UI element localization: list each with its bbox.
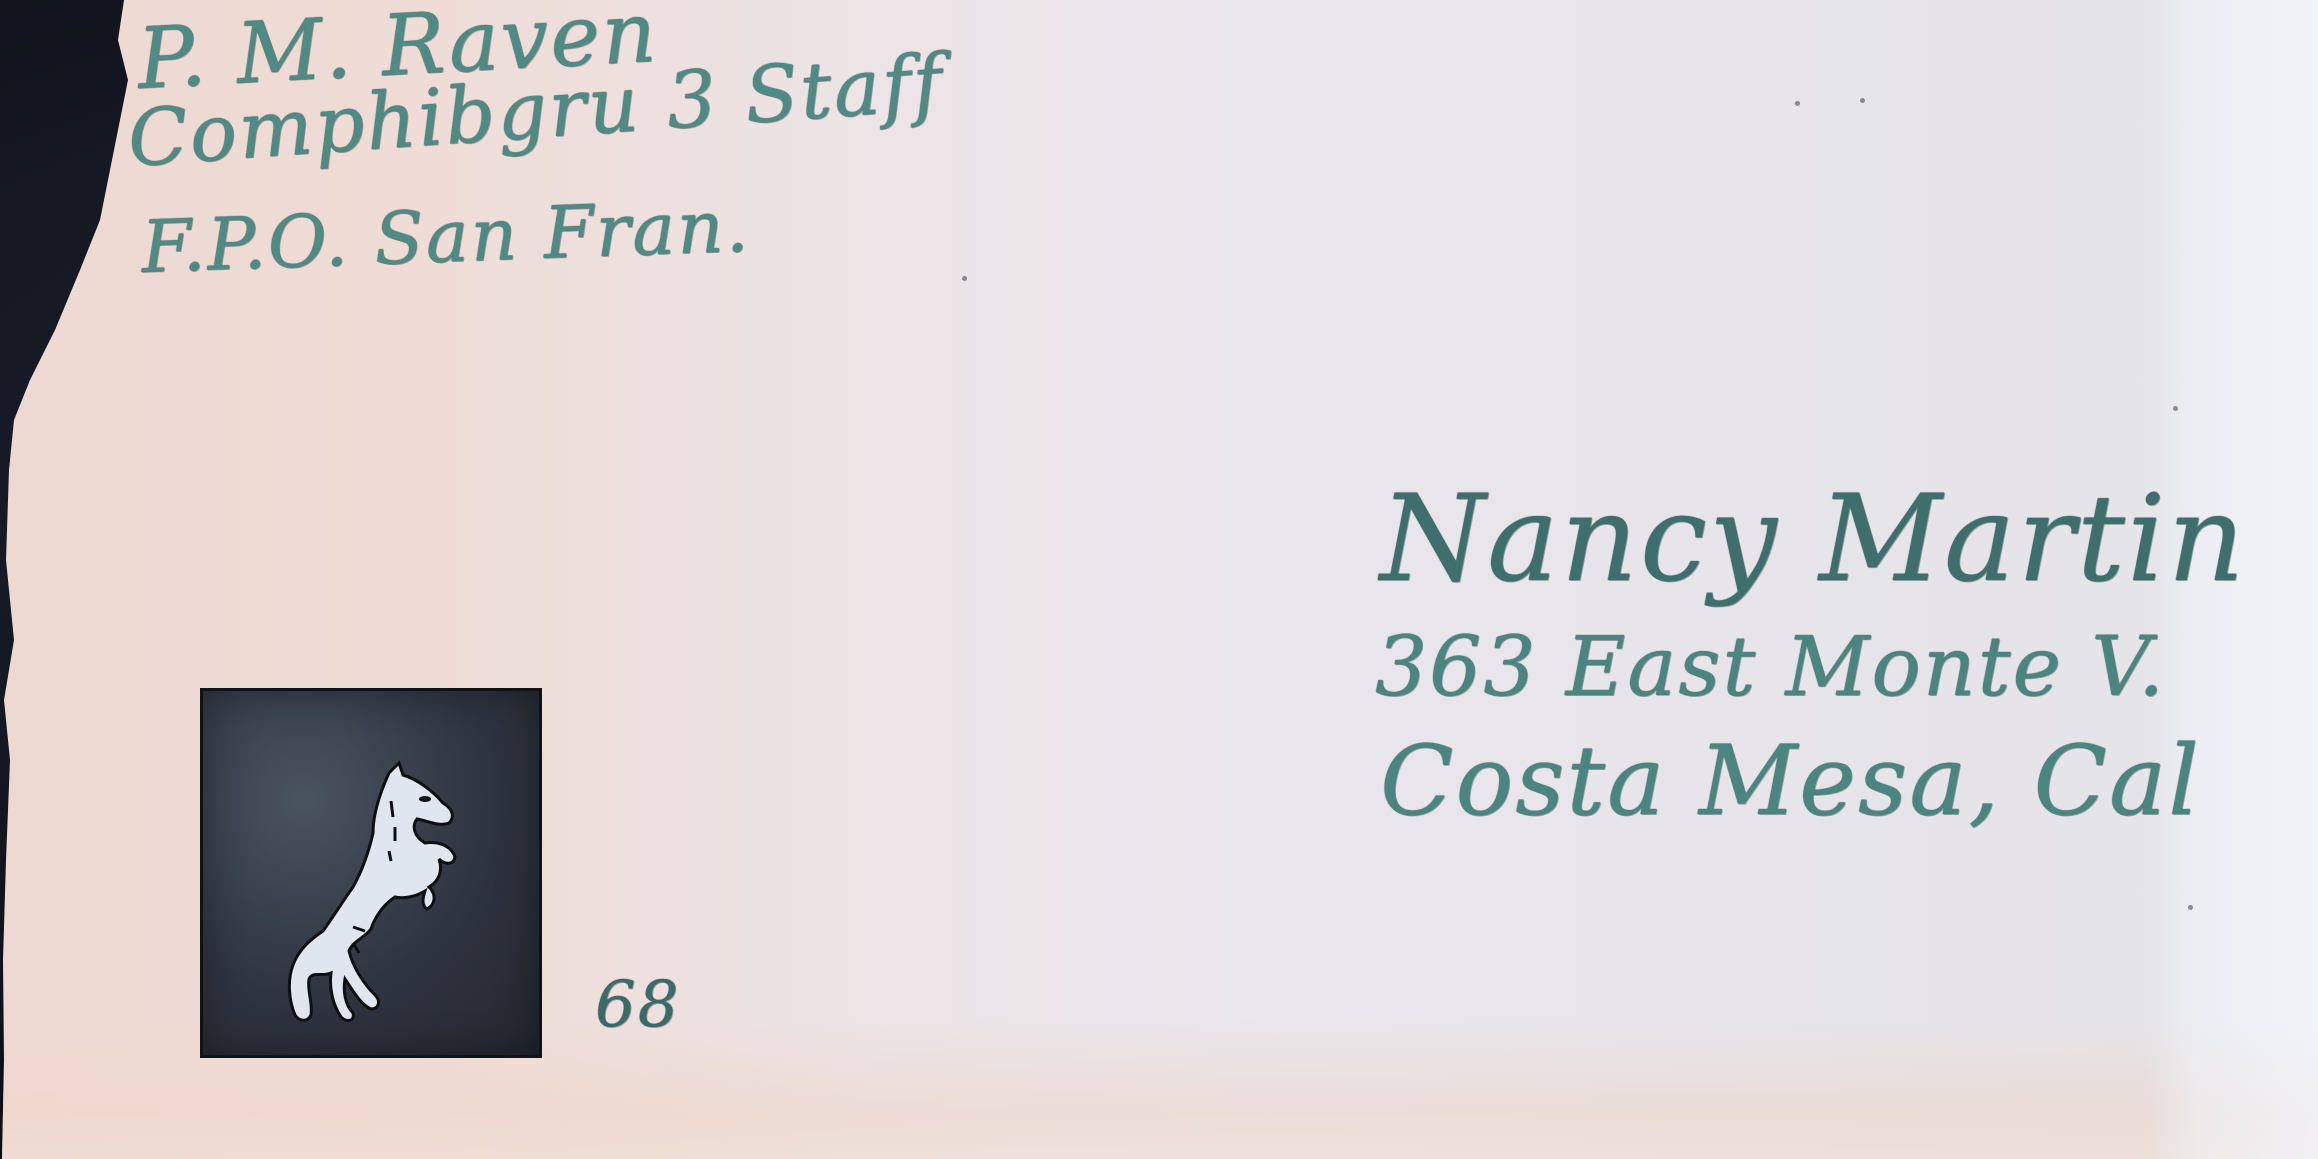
envelope-scan: P. M. Raven Comphibgru 3 Staff F.P.O. Sa… <box>0 0 2318 1159</box>
paper-speck <box>1860 98 1865 103</box>
rearing-horse-icon <box>200 688 542 1058</box>
paper-speck <box>1795 101 1800 106</box>
recipient-city: Costa Mesa, Cal <box>1380 725 2201 837</box>
recipient-name: Nancy Martin <box>1380 470 2247 609</box>
paper-speck <box>2188 905 2193 910</box>
handwritten-number: 68 <box>595 968 680 1042</box>
recipient-street: 363 East Monte V. <box>1375 620 2166 715</box>
paper-speck <box>962 276 967 281</box>
paper-speck <box>2173 406 2178 411</box>
